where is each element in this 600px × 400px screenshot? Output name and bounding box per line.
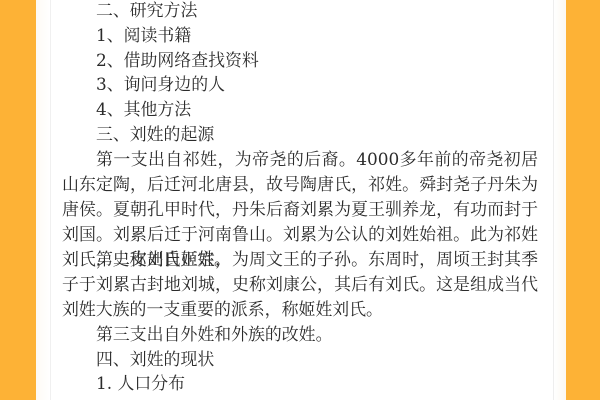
right-decorative-border bbox=[566, 0, 600, 400]
document-viewer: 二、研究方法 1、阅读书籍 2、借助网络查找资料 3、询问身边的人 4、其他方法… bbox=[0, 0, 600, 400]
paragraph-third-branch: 第三支出自外姓和外族的改姓。 bbox=[96, 322, 332, 347]
page-edge-right bbox=[553, 0, 567, 400]
paragraph-second-branch: 第二支出自姬姓，为周文王的子孙。东周时，周顷王封其季子于刘累古封地刘城，史称刘康… bbox=[62, 247, 538, 322]
list-item-method-2: 2、借助网络查找资料 bbox=[96, 48, 259, 73]
section-heading-current-status: 四、刘姓的现状 bbox=[96, 347, 214, 372]
section-heading-research-methods: 二、研究方法 bbox=[96, 0, 197, 23]
left-decorative-border bbox=[0, 0, 36, 400]
list-item-method-1: 1、阅读书籍 bbox=[96, 23, 191, 48]
section-heading-origin: 三、刘姓的起源 bbox=[96, 122, 214, 147]
list-item-method-4: 4、其他方法 bbox=[96, 97, 191, 122]
page-edge-left bbox=[36, 0, 51, 400]
list-item-method-3: 3、询问身边的人 bbox=[96, 72, 225, 97]
subheading-population-distribution: 1. 人口分布 bbox=[96, 371, 185, 396]
